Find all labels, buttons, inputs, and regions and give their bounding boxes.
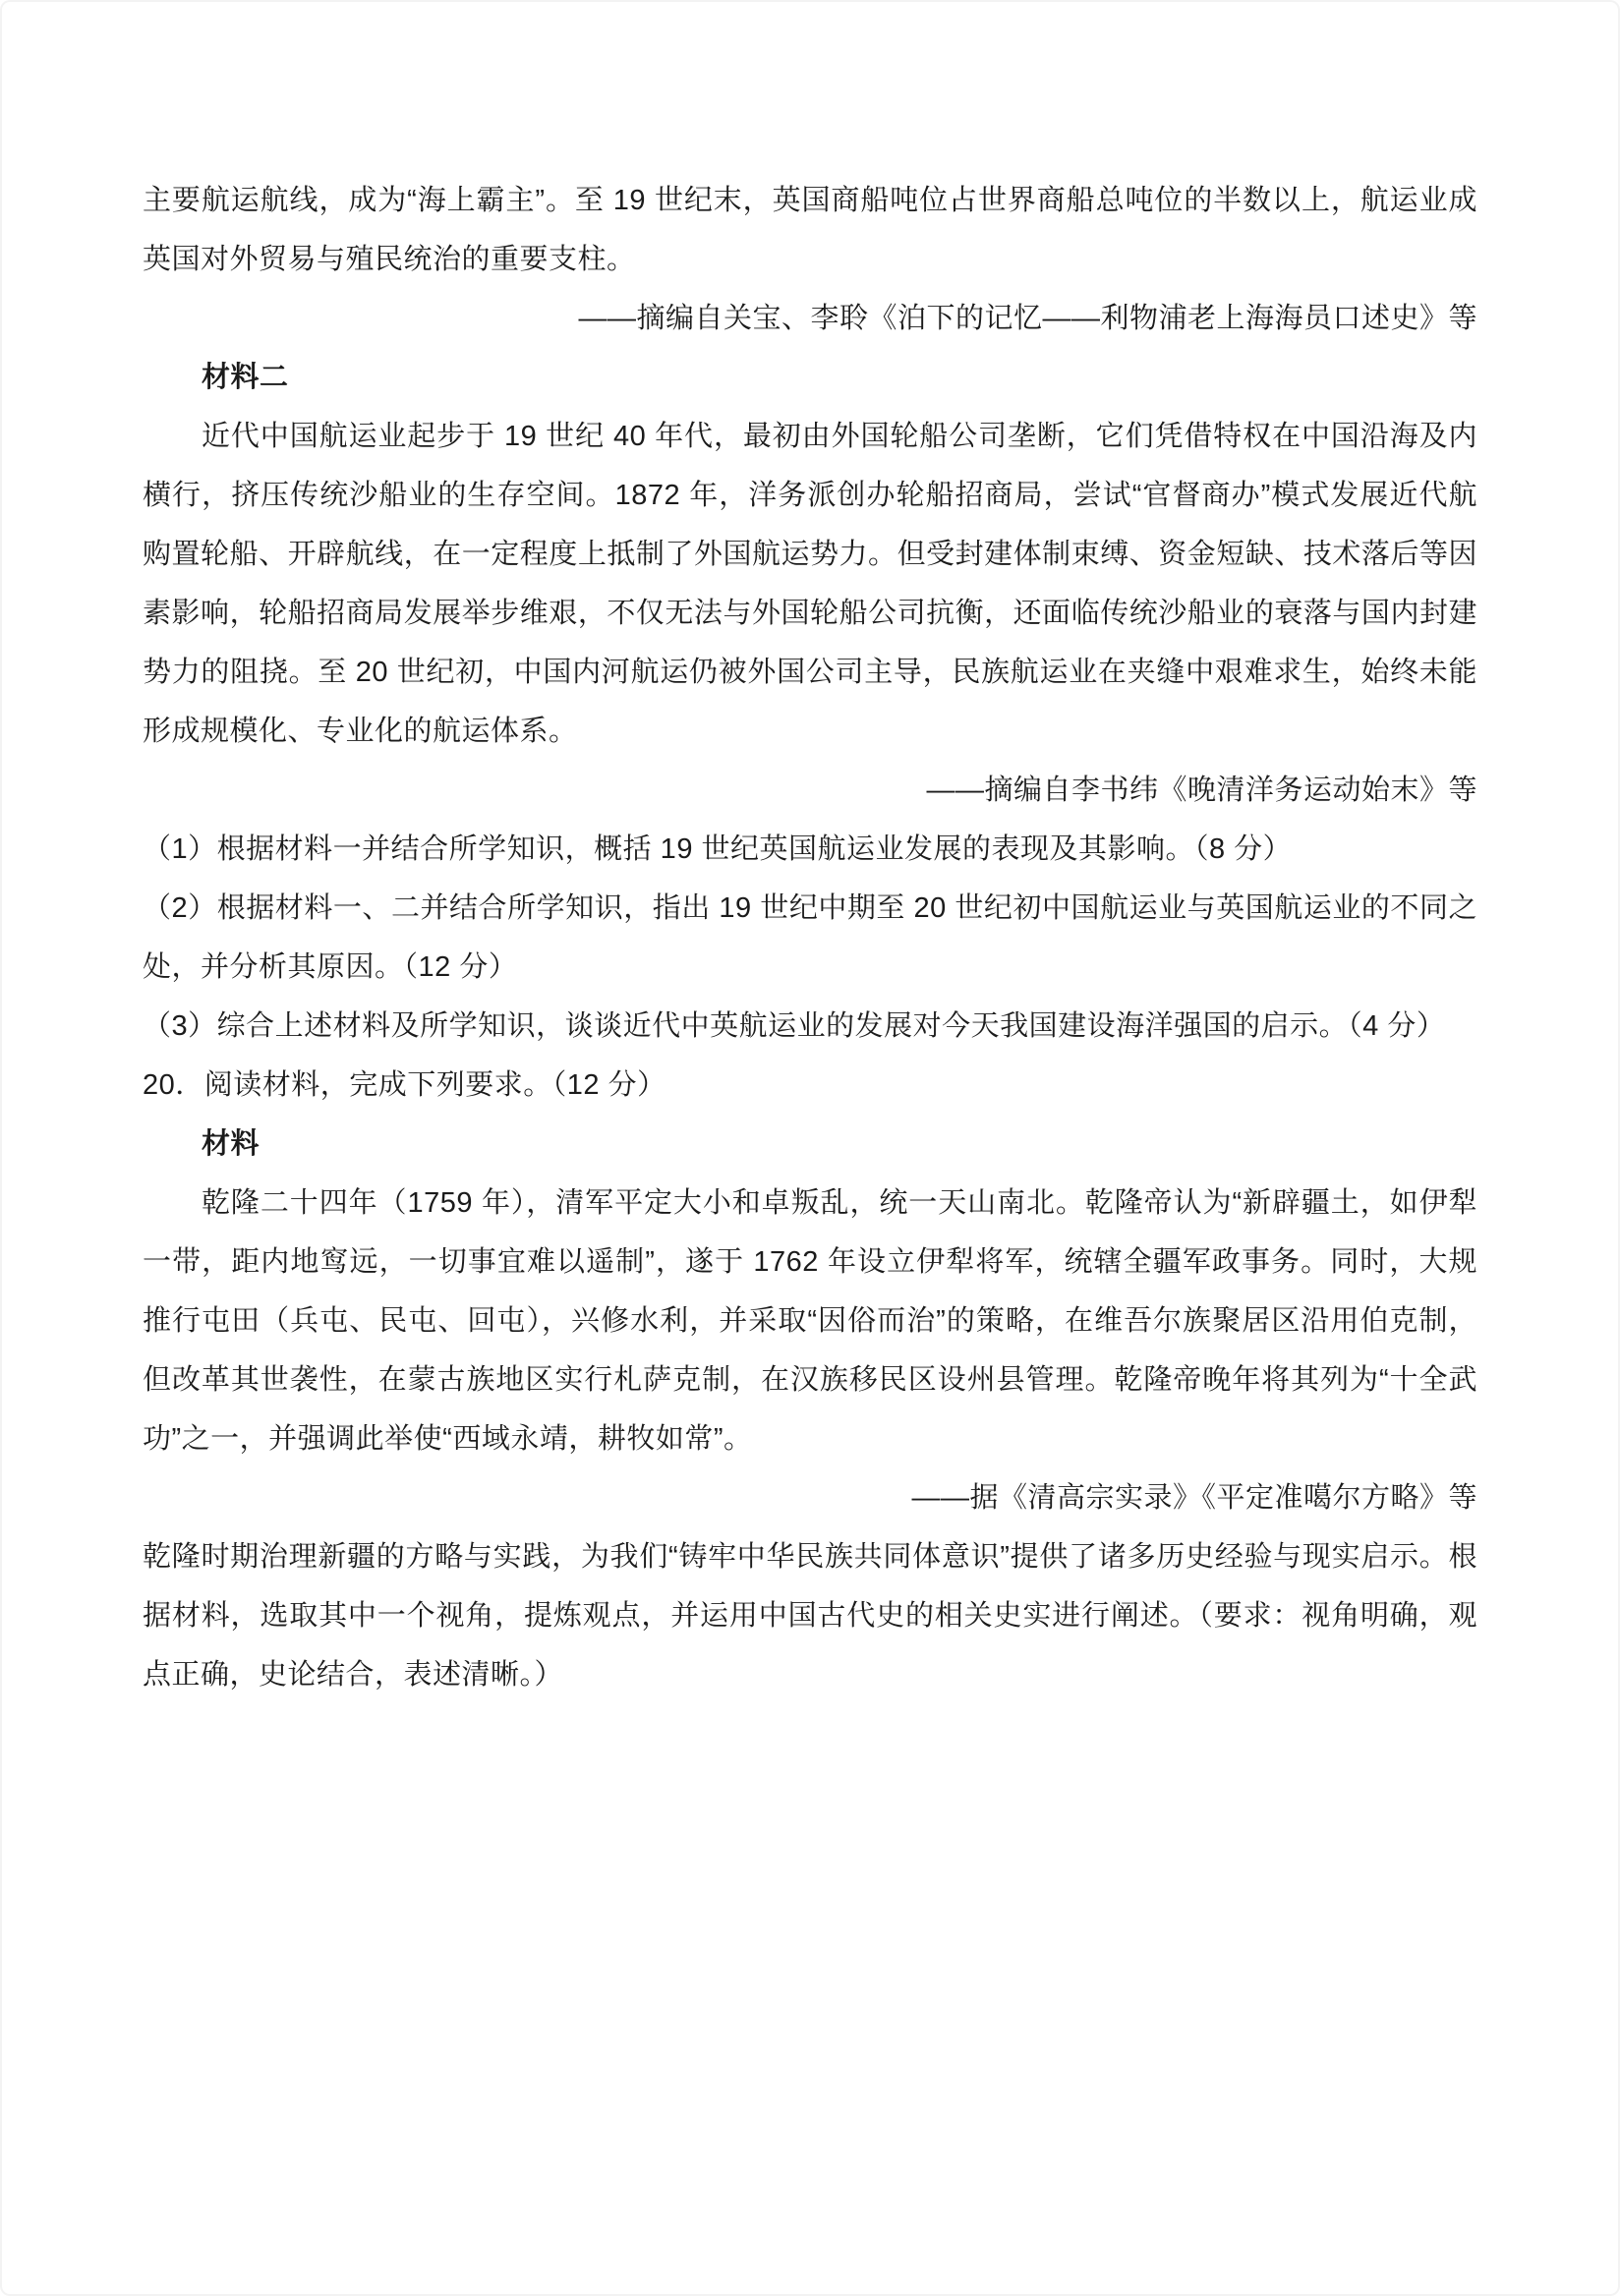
text-line: 功”之一，并强调此举使“西域永靖，耕牧如常”。 — [143, 1409, 1477, 1468]
document-lines: 主要航运航线，成为“海上霸主”。至 19 世纪末，英国商船吨位占世界商船总吨位的… — [143, 171, 1477, 1704]
document-page: 主要航运航线，成为“海上霸主”。至 19 世纪末，英国商船吨位占世界商船总吨位的… — [0, 0, 1620, 2296]
source-attribution: ——摘编自关宝、李聆《泊下的记忆——利物浦老上海海员口述史》等 — [143, 289, 1477, 348]
text-line: 形成规模化、专业化的航运体系。 — [143, 702, 1477, 761]
question-item: 20．阅读材料，完成下列要求。（12 分） — [143, 1056, 1477, 1115]
text-line: 但改革其世袭性，在蒙古族地区实行札萨克制，在汉族移民区设州县管理。乾隆帝晚年将其… — [143, 1350, 1477, 1409]
text-line: 点正确，史论结合，表述清晰。） — [143, 1645, 1477, 1704]
text-line: 英国对外贸易与殖民统治的重要支柱。 — [143, 230, 1477, 289]
text-line: 据材料，选取其中一个视角，提炼观点，并运用中国古代史的相关史实进行阐述。（要求：… — [143, 1586, 1477, 1645]
text-line: 势力的阻挠。至 20 世纪初，中国内河航运仍被外国公司主导，民族航运业在夹缝中艰… — [143, 643, 1477, 702]
question-item: （2）根据材料一、二并结合所学知识，指出 19 世纪中期至 20 世纪初中国航运… — [143, 879, 1477, 938]
source-attribution: ——据《清高宗实录》《平定准噶尔方略》等 — [143, 1468, 1477, 1527]
text-line: 乾隆二十四年（1759 年），清军平定大小和卓叛乱，统一天山南北。乾隆帝认为“新… — [143, 1174, 1477, 1233]
material-heading: 材料二 — [143, 348, 1477, 407]
material-heading: 材料 — [143, 1115, 1477, 1174]
text-line: 主要航运航线，成为“海上霸主”。至 19 世纪末，英国商船吨位占世界商船总吨位的… — [143, 171, 1477, 230]
text-line: 推行屯田（兵屯、民屯、回屯），兴修水利，并采取“因俗而治”的策略，在维吾尔族聚居… — [143, 1291, 1477, 1350]
text-line: 近代中国航运业起步于 19 世纪 40 年代，最初由外国轮船公司垄断，它们凭借特… — [143, 407, 1477, 466]
question-item: （1）根据材料一并结合所学知识，概括 19 世纪英国航运业发展的表现及其影响。（… — [143, 820, 1477, 879]
text-line: 购置轮船、开辟航线，在一定程度上抵制了外国航运势力。但受封建体制束缚、资金短缺、… — [143, 525, 1477, 584]
text-line: 乾隆时期治理新疆的方略与实践，为我们“铸牢中华民族共同体意识”提供了诸多历史经验… — [143, 1527, 1477, 1586]
text-line: 一带，距内地窎远，一切事宜难以遥制”，遂于 1762 年设立伊犁将军，统辖全疆军… — [143, 1233, 1477, 1291]
text-line: 素影响，轮船招商局发展举步维艰，不仅无法与外国轮船公司抗衡，还面临传统沙船业的衰… — [143, 584, 1477, 643]
question-item: （3）综合上述材料及所学知识，谈谈近代中英航运业的发展对今天我国建设海洋强国的启… — [143, 997, 1477, 1056]
text-line: 处，并分析其原因。（12 分） — [143, 938, 1477, 997]
text-line: 横行，挤压传统沙船业的生存空间。1872 年，洋务派创办轮船招商局，尝试“官督商… — [143, 466, 1477, 525]
source-attribution: ——摘编自李书纬《晚清洋务运动始末》等 — [143, 761, 1477, 820]
